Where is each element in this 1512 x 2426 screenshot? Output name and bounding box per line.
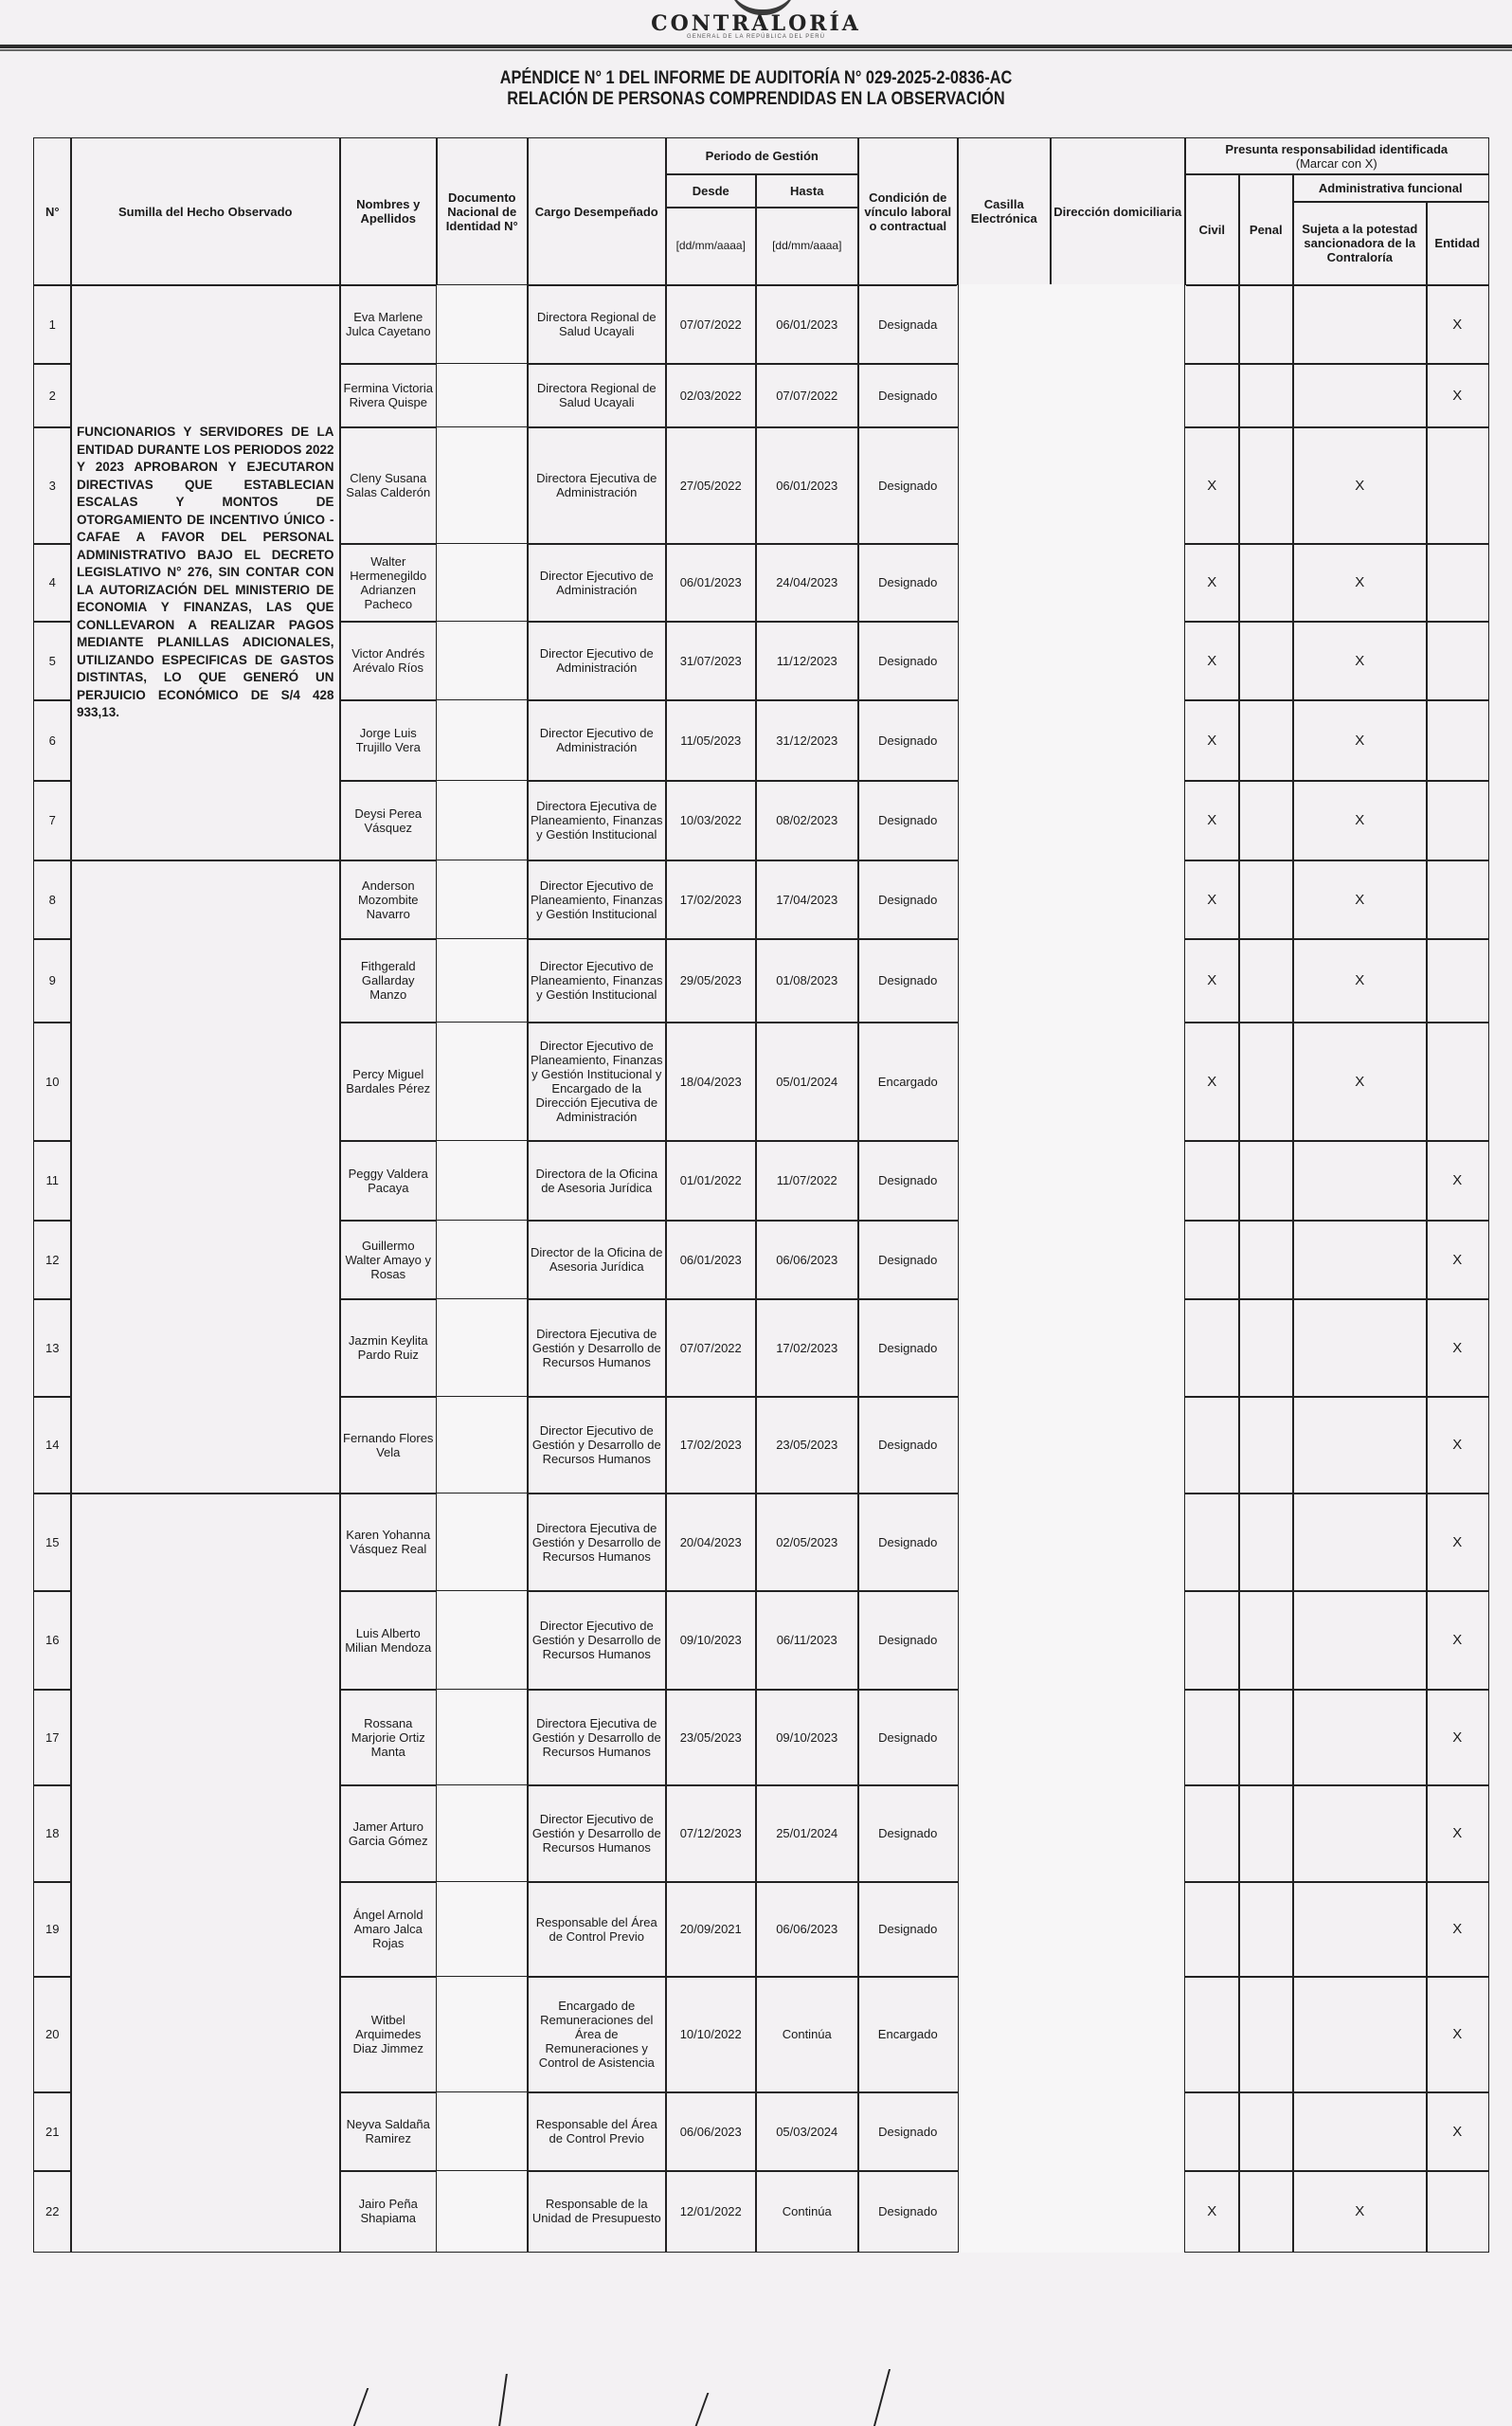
row-entidad-mark bbox=[1426, 543, 1489, 623]
row-dni-redacted bbox=[436, 699, 529, 782]
row-nombre: Walter Hermenegildo Adrianzen Pacheco bbox=[339, 543, 438, 623]
row-condicion: Designado bbox=[857, 2170, 959, 2253]
row-entidad-mark bbox=[1426, 1022, 1489, 1142]
row-nombre: Jairo Peña Shapiama bbox=[339, 2170, 438, 2253]
row-nombre: Victor Andrés Arévalo Ríos bbox=[339, 621, 438, 701]
row-hasta: Continúa bbox=[755, 2170, 859, 2253]
row-hasta: 17/04/2023 bbox=[755, 860, 859, 940]
row-entidad-mark bbox=[1426, 699, 1489, 782]
header-rule-thin bbox=[0, 49, 1512, 51]
row-number: 3 bbox=[33, 426, 72, 545]
row-civil-mark bbox=[1184, 1976, 1240, 2093]
row-condicion: Designado bbox=[857, 1298, 959, 1398]
row-condicion: Designado bbox=[857, 2091, 959, 2172]
row-nombre: Ángel Arnold Amaro Jalca Rojas bbox=[339, 1881, 438, 1978]
row-number: 1 bbox=[33, 284, 72, 365]
row-penal-mark bbox=[1238, 1590, 1294, 1691]
row-number: 18 bbox=[33, 1784, 72, 1883]
row-penal-mark bbox=[1238, 1220, 1294, 1300]
row-cargo: Directora Ejecutiva de Administración bbox=[527, 426, 667, 545]
row-number: 9 bbox=[33, 938, 72, 1023]
row-penal-mark bbox=[1238, 1140, 1294, 1222]
row-entidad-mark: X bbox=[1426, 1493, 1489, 1592]
header-rule bbox=[0, 45, 1512, 48]
row-sujeta-mark: X bbox=[1292, 938, 1428, 1023]
row-condicion: Designado bbox=[857, 860, 959, 940]
row-nombre: Anderson Mozombite Navarro bbox=[339, 860, 438, 940]
header-hasta: Hasta bbox=[755, 173, 859, 208]
row-desde: 01/01/2022 bbox=[665, 1140, 757, 1222]
header-num: N° bbox=[33, 137, 72, 286]
row-condicion: Designado bbox=[857, 1689, 959, 1786]
row-sujeta-mark: X bbox=[1292, 543, 1428, 623]
title-line-2: RELACIÓN DE PERSONAS COMPRENDIDAS EN LA … bbox=[106, 89, 1407, 110]
signature-stroke bbox=[353, 2388, 369, 2426]
row-sujeta-mark bbox=[1292, 1976, 1428, 2093]
row-nombre: Jazmin Keylita Pardo Ruiz bbox=[339, 1298, 438, 1398]
signature-stroke bbox=[695, 2393, 710, 2426]
row-civil-mark: X bbox=[1184, 2170, 1240, 2253]
row-nombre: Jamer Arturo Garcia Gómez bbox=[339, 1784, 438, 1883]
row-nombre: Fithgerald Gallarday Manzo bbox=[339, 938, 438, 1023]
row-desde: 17/02/2023 bbox=[665, 860, 757, 940]
row-civil-mark bbox=[1184, 1220, 1240, 1300]
row-penal-mark bbox=[1238, 1784, 1294, 1883]
row-condicion: Designado bbox=[857, 1590, 959, 1691]
row-entidad-mark: X bbox=[1426, 1220, 1489, 1300]
row-nombre: Karen Yohanna Vásquez Real bbox=[339, 1493, 438, 1592]
row-number: 5 bbox=[33, 621, 72, 701]
row-sujeta-mark bbox=[1292, 2091, 1428, 2172]
row-desde: 09/10/2023 bbox=[665, 1590, 757, 1691]
row-number: 15 bbox=[33, 1493, 72, 1592]
row-hasta: 31/12/2023 bbox=[755, 699, 859, 782]
row-number: 2 bbox=[33, 363, 72, 428]
row-number: 13 bbox=[33, 1298, 72, 1398]
row-sujeta-mark bbox=[1292, 1784, 1428, 1883]
row-cargo: Director Ejecutivo de Gestión y Desarrol… bbox=[527, 1590, 667, 1691]
row-entidad-mark bbox=[1426, 938, 1489, 1023]
row-civil-mark bbox=[1184, 2091, 1240, 2172]
row-hasta: Continúa bbox=[755, 1976, 859, 2093]
row-desde: 06/06/2023 bbox=[665, 2091, 757, 2172]
row-number: 4 bbox=[33, 543, 72, 623]
row-penal-mark bbox=[1238, 363, 1294, 428]
header-condicion: Condición de vínculo laboral o contractu… bbox=[857, 137, 959, 286]
row-civil-mark: X bbox=[1184, 860, 1240, 940]
header-sumilla: Sumilla del Hecho Observado bbox=[70, 137, 341, 286]
row-desde: 20/04/2023 bbox=[665, 1493, 757, 1592]
presunta-title: Presunta responsabilidad identificada bbox=[1225, 142, 1448, 156]
document-title: APÉNDICE N° 1 DEL INFORME DE AUDITORÍA N… bbox=[106, 68, 1407, 110]
row-sujeta-mark bbox=[1292, 1590, 1428, 1691]
row-sujeta-mark bbox=[1292, 1298, 1428, 1398]
row-desde: 11/05/2023 bbox=[665, 699, 757, 782]
row-cargo: Director Ejecutivo de Planeamiento, Fina… bbox=[527, 938, 667, 1023]
row-civil-mark bbox=[1184, 1298, 1240, 1398]
row-desde: 23/05/2023 bbox=[665, 1689, 757, 1786]
row-dni-redacted bbox=[436, 780, 529, 861]
row-cargo: Directora Regional de Salud Ucayali bbox=[527, 284, 667, 365]
row-sujeta-mark bbox=[1292, 1140, 1428, 1222]
row-condicion: Encargado bbox=[857, 1022, 959, 1142]
row-entidad-mark: X bbox=[1426, 363, 1489, 428]
header-desde: Desde bbox=[665, 173, 757, 208]
row-penal-mark bbox=[1238, 2091, 1294, 2172]
row-civil-mark bbox=[1184, 1689, 1240, 1786]
logo-name: CONTRALORÍA bbox=[0, 11, 1512, 36]
row-penal-mark bbox=[1238, 284, 1294, 365]
row-civil-mark bbox=[1184, 363, 1240, 428]
row-number: 10 bbox=[33, 1022, 72, 1142]
header-administrativa: Administrativa funcional bbox=[1292, 173, 1489, 203]
row-penal-mark bbox=[1238, 1976, 1294, 2093]
row-condicion: Designado bbox=[857, 621, 959, 701]
header-penal: Penal bbox=[1238, 173, 1294, 286]
row-cargo: Directora de la Oficina de Asesoria Jurí… bbox=[527, 1140, 667, 1222]
row-civil-mark bbox=[1184, 1590, 1240, 1691]
row-desde: 12/01/2022 bbox=[665, 2170, 757, 2253]
row-civil-mark: X bbox=[1184, 699, 1240, 782]
header-entidad: Entidad bbox=[1426, 201, 1489, 286]
row-desde: 10/03/2022 bbox=[665, 780, 757, 861]
row-dni-redacted bbox=[436, 426, 529, 545]
row-hasta: 07/07/2022 bbox=[755, 363, 859, 428]
row-penal-mark bbox=[1238, 426, 1294, 545]
row-entidad-mark bbox=[1426, 426, 1489, 545]
row-entidad-mark: X bbox=[1426, 1689, 1489, 1786]
row-dni-redacted bbox=[436, 1784, 529, 1883]
row-penal-mark bbox=[1238, 1689, 1294, 1786]
row-number: 16 bbox=[33, 1590, 72, 1691]
row-desde: 02/03/2022 bbox=[665, 363, 757, 428]
row-hasta: 06/06/2023 bbox=[755, 1220, 859, 1300]
row-desde: 18/04/2023 bbox=[665, 1022, 757, 1142]
header-cargo: Cargo Desempeñado bbox=[527, 137, 667, 286]
header-direccion: Dirección domiciliaria bbox=[1050, 137, 1186, 286]
row-dni-redacted bbox=[436, 2091, 529, 2172]
row-civil-mark: X bbox=[1184, 1022, 1240, 1142]
row-entidad-mark bbox=[1426, 2170, 1489, 2253]
row-civil-mark bbox=[1184, 1396, 1240, 1494]
casilla-redacted bbox=[957, 284, 1052, 2253]
row-sujeta-mark bbox=[1292, 284, 1428, 365]
row-sujeta-mark bbox=[1292, 363, 1428, 428]
row-entidad-mark: X bbox=[1426, 1396, 1489, 1494]
row-dni-redacted bbox=[436, 621, 529, 701]
presunta-subtitle: (Marcar con X) bbox=[1225, 156, 1448, 171]
row-hasta: 24/04/2023 bbox=[755, 543, 859, 623]
row-civil-mark: X bbox=[1184, 938, 1240, 1023]
row-condicion: Designado bbox=[857, 1881, 959, 1978]
row-civil-mark bbox=[1184, 1881, 1240, 1978]
row-nombre: Jorge Luis Trujillo Vera bbox=[339, 699, 438, 782]
row-cargo: Encargado de Remuneraciones del Área de … bbox=[527, 1976, 667, 2093]
row-hasta: 08/02/2023 bbox=[755, 780, 859, 861]
row-dni-redacted bbox=[436, 1396, 529, 1494]
row-penal-mark bbox=[1238, 938, 1294, 1023]
row-cargo: Director Ejecutivo de Gestión y Desarrol… bbox=[527, 1396, 667, 1494]
row-penal-mark bbox=[1238, 2170, 1294, 2253]
row-cargo: Directora Regional de Salud Ucayali bbox=[527, 363, 667, 428]
row-condicion: Designado bbox=[857, 426, 959, 545]
row-sujeta-mark: X bbox=[1292, 426, 1428, 545]
row-entidad-mark bbox=[1426, 780, 1489, 861]
row-dni-redacted bbox=[436, 2170, 529, 2253]
row-condicion: Designado bbox=[857, 1140, 959, 1222]
row-sujeta-mark bbox=[1292, 1396, 1428, 1494]
row-entidad-mark bbox=[1426, 621, 1489, 701]
row-hasta: 25/01/2024 bbox=[755, 1784, 859, 1883]
row-penal-mark bbox=[1238, 780, 1294, 861]
row-number: 7 bbox=[33, 780, 72, 861]
signature-stroke bbox=[873, 2369, 891, 2426]
row-entidad-mark bbox=[1426, 860, 1489, 940]
header-dni: Documento Nacional de Identidad N° bbox=[436, 137, 529, 286]
row-condicion: Designada bbox=[857, 284, 959, 365]
row-civil-mark bbox=[1184, 284, 1240, 365]
row-civil-mark bbox=[1184, 1140, 1240, 1222]
row-entidad-mark: X bbox=[1426, 1140, 1489, 1222]
row-civil-mark: X bbox=[1184, 426, 1240, 545]
row-desde: 10/10/2022 bbox=[665, 1976, 757, 2093]
header-civil: Civil bbox=[1184, 173, 1240, 286]
row-sujeta-mark: X bbox=[1292, 2170, 1428, 2253]
direccion-redacted bbox=[1050, 284, 1186, 2253]
row-nombre: Deysi Perea Vásquez bbox=[339, 780, 438, 861]
row-dni-redacted bbox=[436, 1689, 529, 1786]
row-entidad-mark: X bbox=[1426, 1590, 1489, 1691]
row-nombre: Rossana Marjorie Ortiz Manta bbox=[339, 1689, 438, 1786]
row-sujeta-mark bbox=[1292, 1220, 1428, 1300]
row-nombre: Percy Miguel Bardales Pérez bbox=[339, 1022, 438, 1142]
row-cargo: Responsable de la Unidad de Presupuesto bbox=[527, 2170, 667, 2253]
row-dni-redacted bbox=[436, 1493, 529, 1592]
header-sujeta: Sujeta a la potestad sancionadora de la … bbox=[1292, 201, 1428, 286]
row-condicion: Designado bbox=[857, 1493, 959, 1592]
row-dni-redacted bbox=[436, 1298, 529, 1398]
header-periodo: Periodo de Gestión bbox=[665, 137, 859, 175]
row-cargo: Director Ejecutivo de Gestión y Desarrol… bbox=[527, 1784, 667, 1883]
row-nombre: Neyva Saldaña Ramirez bbox=[339, 2091, 438, 2172]
row-cargo: Director Ejecutivo de Planeamiento, Fina… bbox=[527, 860, 667, 940]
row-hasta: 11/07/2022 bbox=[755, 1140, 859, 1222]
row-dni-redacted bbox=[436, 543, 529, 623]
row-dni-redacted bbox=[436, 938, 529, 1023]
contraloria-logo: CONTRALORÍA GENERAL DE LA REPÚBLICA DEL … bbox=[0, 0, 1512, 57]
row-sujeta-mark bbox=[1292, 1881, 1428, 1978]
header-desde-format: [dd/mm/aaaa] bbox=[665, 207, 757, 286]
row-dni-redacted bbox=[436, 1022, 529, 1142]
row-civil-mark: X bbox=[1184, 621, 1240, 701]
row-dni-redacted bbox=[436, 860, 529, 940]
row-hasta: 05/03/2024 bbox=[755, 2091, 859, 2172]
row-sujeta-mark bbox=[1292, 1493, 1428, 1592]
row-cargo: Director Ejecutivo de Planeamiento, Fina… bbox=[527, 1022, 667, 1142]
row-entidad-mark: X bbox=[1426, 1784, 1489, 1883]
row-hasta: 02/05/2023 bbox=[755, 1493, 859, 1592]
row-nombre: Fermina Victoria Rivera Quispe bbox=[339, 363, 438, 428]
row-number: 17 bbox=[33, 1689, 72, 1786]
header-nombres: Nombres y Apellidos bbox=[339, 137, 438, 286]
row-condicion: Encargado bbox=[857, 1976, 959, 2093]
row-hasta: 06/01/2023 bbox=[755, 426, 859, 545]
row-penal-mark bbox=[1238, 1022, 1294, 1142]
row-cargo: Director Ejecutivo de Administración bbox=[527, 543, 667, 623]
row-penal-mark bbox=[1238, 1298, 1294, 1398]
row-sujeta-mark bbox=[1292, 1689, 1428, 1786]
row-desde: 07/07/2022 bbox=[665, 284, 757, 365]
row-nombre: Eva Marlene Julca Cayetano bbox=[339, 284, 438, 365]
row-condicion: Designado bbox=[857, 1784, 959, 1883]
row-desde: 06/01/2023 bbox=[665, 1220, 757, 1300]
row-hasta: 11/12/2023 bbox=[755, 621, 859, 701]
row-number: 20 bbox=[33, 1976, 72, 2093]
row-number: 14 bbox=[33, 1396, 72, 1494]
row-sujeta-mark: X bbox=[1292, 1022, 1428, 1142]
row-civil-mark: X bbox=[1184, 780, 1240, 861]
row-number: 11 bbox=[33, 1140, 72, 1222]
row-nombre: Peggy Valdera Pacaya bbox=[339, 1140, 438, 1222]
row-desde: 06/01/2023 bbox=[665, 543, 757, 623]
row-dni-redacted bbox=[436, 1590, 529, 1691]
row-penal-mark bbox=[1238, 1881, 1294, 1978]
row-desde: 31/07/2023 bbox=[665, 621, 757, 701]
row-condicion: Designado bbox=[857, 699, 959, 782]
row-desde: 07/07/2022 bbox=[665, 1298, 757, 1398]
row-cargo: Director Ejecutivo de Administración bbox=[527, 699, 667, 782]
row-hasta: 17/02/2023 bbox=[755, 1298, 859, 1398]
header-hasta-format: [dd/mm/aaaa] bbox=[755, 207, 859, 286]
row-number: 19 bbox=[33, 1881, 72, 1978]
row-dni-redacted bbox=[436, 1220, 529, 1300]
row-cargo: Directora Ejecutiva de Gestión y Desarro… bbox=[527, 1298, 667, 1398]
row-hasta: 01/08/2023 bbox=[755, 938, 859, 1023]
row-dni-redacted bbox=[436, 1881, 529, 1978]
row-number: 6 bbox=[33, 699, 72, 782]
row-cargo: Responsable del Área de Control Previo bbox=[527, 1881, 667, 1978]
row-entidad-mark: X bbox=[1426, 1976, 1489, 2093]
row-condicion: Designado bbox=[857, 1220, 959, 1300]
row-civil-mark bbox=[1184, 1784, 1240, 1883]
signature-stroke bbox=[498, 2374, 508, 2426]
row-desde: 29/05/2023 bbox=[665, 938, 757, 1023]
row-cargo: Directora Ejecutiva de Gestión y Desarro… bbox=[527, 1689, 667, 1786]
row-dni-redacted bbox=[436, 363, 529, 428]
logo-subtitle: GENERAL DE LA REPÚBLICA DEL PERÚ bbox=[0, 34, 1512, 40]
row-penal-mark bbox=[1238, 860, 1294, 940]
row-number: 8 bbox=[33, 860, 72, 940]
row-nombre: Guillermo Walter Amayo y Rosas bbox=[339, 1220, 438, 1300]
title-line-1: APÉNDICE N° 1 DEL INFORME DE AUDITORÍA N… bbox=[106, 68, 1407, 89]
row-hasta: 23/05/2023 bbox=[755, 1396, 859, 1494]
row-penal-mark bbox=[1238, 1396, 1294, 1494]
row-entidad-mark: X bbox=[1426, 1298, 1489, 1398]
row-dni-redacted bbox=[436, 1976, 529, 2093]
row-condicion: Designado bbox=[857, 543, 959, 623]
row-dni-redacted bbox=[436, 284, 529, 365]
row-number: 22 bbox=[33, 2170, 72, 2253]
row-penal-mark bbox=[1238, 1493, 1294, 1592]
row-penal-mark bbox=[1238, 621, 1294, 701]
row-hasta: 09/10/2023 bbox=[755, 1689, 859, 1786]
row-number: 21 bbox=[33, 2091, 72, 2172]
row-condicion: Designado bbox=[857, 1396, 959, 1494]
header-presunta: Presunta responsabilidad identificada(Ma… bbox=[1184, 137, 1489, 175]
row-hasta: 05/01/2024 bbox=[755, 1022, 859, 1142]
row-entidad-mark: X bbox=[1426, 1881, 1489, 1978]
sumilla-cell-continued bbox=[70, 860, 341, 1494]
row-number: 12 bbox=[33, 1220, 72, 1300]
row-hasta: 06/11/2023 bbox=[755, 1590, 859, 1691]
row-sujeta-mark: X bbox=[1292, 780, 1428, 861]
sumilla-cell-continued bbox=[70, 1493, 341, 2253]
row-condicion: Designado bbox=[857, 780, 959, 861]
row-desde: 07/12/2023 bbox=[665, 1784, 757, 1883]
row-cargo: Directora Ejecutiva de Gestión y Desarro… bbox=[527, 1493, 667, 1592]
row-civil-mark bbox=[1184, 1493, 1240, 1592]
row-desde: 20/09/2021 bbox=[665, 1881, 757, 1978]
row-entidad-mark: X bbox=[1426, 2091, 1489, 2172]
row-civil-mark: X bbox=[1184, 543, 1240, 623]
row-condicion: Designado bbox=[857, 938, 959, 1023]
row-cargo: Director de la Oficina de Asesoria Juríd… bbox=[527, 1220, 667, 1300]
row-desde: 27/05/2022 bbox=[665, 426, 757, 545]
row-condicion: Designado bbox=[857, 363, 959, 428]
row-penal-mark bbox=[1238, 543, 1294, 623]
row-nombre: Luis Alberto Milian Mendoza bbox=[339, 1590, 438, 1691]
row-nombre: Witbel Arquimedes Diaz Jimmez bbox=[339, 1976, 438, 2093]
row-nombre: Cleny Susana Salas Calderón bbox=[339, 426, 438, 545]
row-entidad-mark: X bbox=[1426, 284, 1489, 365]
sumilla-cell: FUNCIONARIOS Y SERVIDORES DE LA ENTIDAD … bbox=[70, 284, 341, 861]
header-casilla: Casilla Electrónica bbox=[957, 137, 1052, 286]
row-cargo: Directora Ejecutiva de Planeamiento, Fin… bbox=[527, 780, 667, 861]
row-hasta: 06/01/2023 bbox=[755, 284, 859, 365]
row-dni-redacted bbox=[436, 1140, 529, 1222]
row-sujeta-mark: X bbox=[1292, 860, 1428, 940]
row-sujeta-mark: X bbox=[1292, 621, 1428, 701]
row-desde: 17/02/2023 bbox=[665, 1396, 757, 1494]
row-hasta: 06/06/2023 bbox=[755, 1881, 859, 1978]
row-nombre: Fernando Flores Vela bbox=[339, 1396, 438, 1494]
row-cargo: Director Ejecutivo de Administración bbox=[527, 621, 667, 701]
row-sujeta-mark: X bbox=[1292, 699, 1428, 782]
row-cargo: Responsable del Área de Control Previo bbox=[527, 2091, 667, 2172]
row-penal-mark bbox=[1238, 699, 1294, 782]
